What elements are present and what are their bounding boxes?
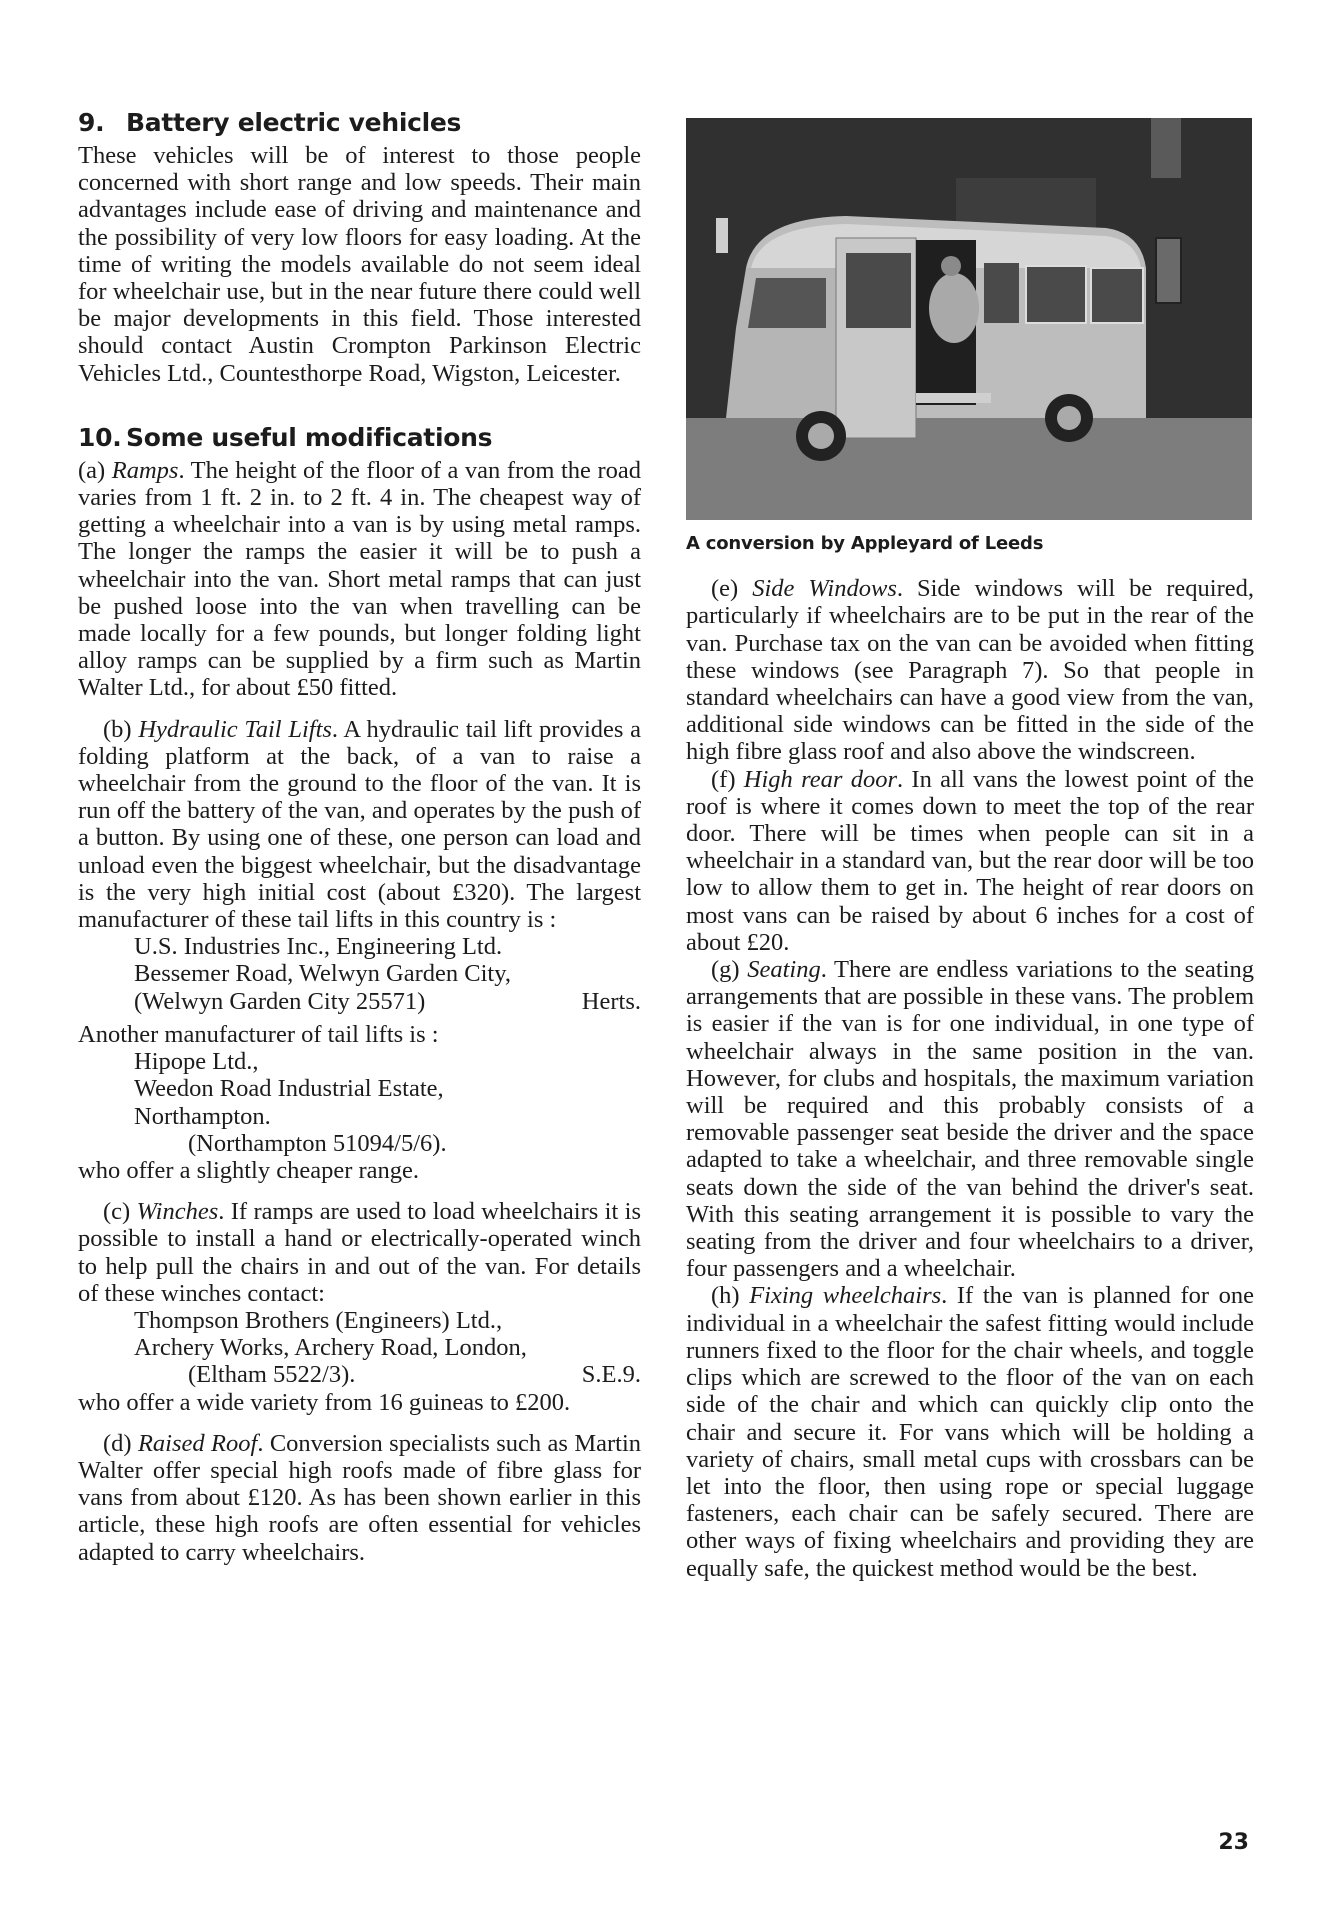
- section-number: 9.: [78, 108, 126, 138]
- paragraph-h-fixing-wheelchairs: (h) Fixing wheelchairs. If the van is pl…: [686, 1282, 1254, 1581]
- paragraph-e-side-windows: (e) Side Windows. Side windows will be r…: [686, 575, 1254, 765]
- subheading-winches: Winches: [137, 1198, 219, 1225]
- paragraph-g-seating: (g) Seating. There are endless variation…: [686, 956, 1254, 1282]
- section-10-heading: 10.Some useful modifications: [78, 423, 641, 453]
- another-manufacturer-text: Another manufacturer of tail lifts is :: [78, 1021, 641, 1048]
- paragraph-d-raised-roof: (d) Raised Roof. Conversion specialists …: [78, 1430, 641, 1566]
- left-column: 9.Battery electric vehicles These vehicl…: [78, 108, 641, 1566]
- thompson-closing-text: who offer a wide variety from 16 guineas…: [78, 1389, 641, 1416]
- photo-caption: A conversion by Appleyard of Leeds: [686, 530, 1254, 557]
- van-photo-illustration: [686, 118, 1252, 520]
- paragraph-a-ramps: (a) Ramps. The height of the floor of a …: [78, 457, 641, 702]
- paragraph-c-winches: (c) Winches. If ramps are used to load w…: [78, 1198, 641, 1307]
- section-9-body: These vehicles will be of interest to th…: [78, 142, 641, 387]
- address-us-industries: U.S. Industries Inc., Engineering Ltd. B…: [78, 933, 641, 1015]
- subheading-ramps: Ramps: [112, 457, 179, 484]
- address-hipope: Hipope Ltd., Weedon Road Industrial Esta…: [78, 1048, 641, 1157]
- subheading-tail-lifts: Hydraulic Tail Lifts: [138, 716, 332, 743]
- subheading-high-rear-door: High rear door: [744, 766, 897, 793]
- page-number: 23: [1218, 1830, 1249, 1855]
- hipope-closing-text: who offer a slightly cheaper range.: [78, 1157, 641, 1184]
- section-title: Battery electric vehicles: [126, 108, 461, 137]
- paragraph-b-tail-lifts: (b) Hydraulic Tail Lifts. A hydraulic ta…: [78, 716, 641, 934]
- subheading-fixing-wheelchairs: Fixing wheelchairs: [749, 1282, 941, 1309]
- subheading-seating: Seating: [747, 956, 821, 983]
- section-number: 10.: [78, 423, 126, 453]
- subheading-raised-roof: Raised Roof: [138, 1430, 257, 1457]
- subheading-side-windows: Side Windows: [752, 575, 897, 602]
- right-column: A conversion by Appleyard of Leeds (e) S…: [686, 118, 1254, 1582]
- section-9-heading: 9.Battery electric vehicles: [78, 108, 641, 138]
- address-thompson-brothers: Thompson Brothers (Engineers) Ltd., Arch…: [78, 1307, 641, 1389]
- van-photo: [686, 118, 1252, 520]
- section-title: Some useful modifications: [126, 423, 492, 452]
- paragraph-f-high-rear-door: (f) High rear door. In all vans the lowe…: [686, 766, 1254, 956]
